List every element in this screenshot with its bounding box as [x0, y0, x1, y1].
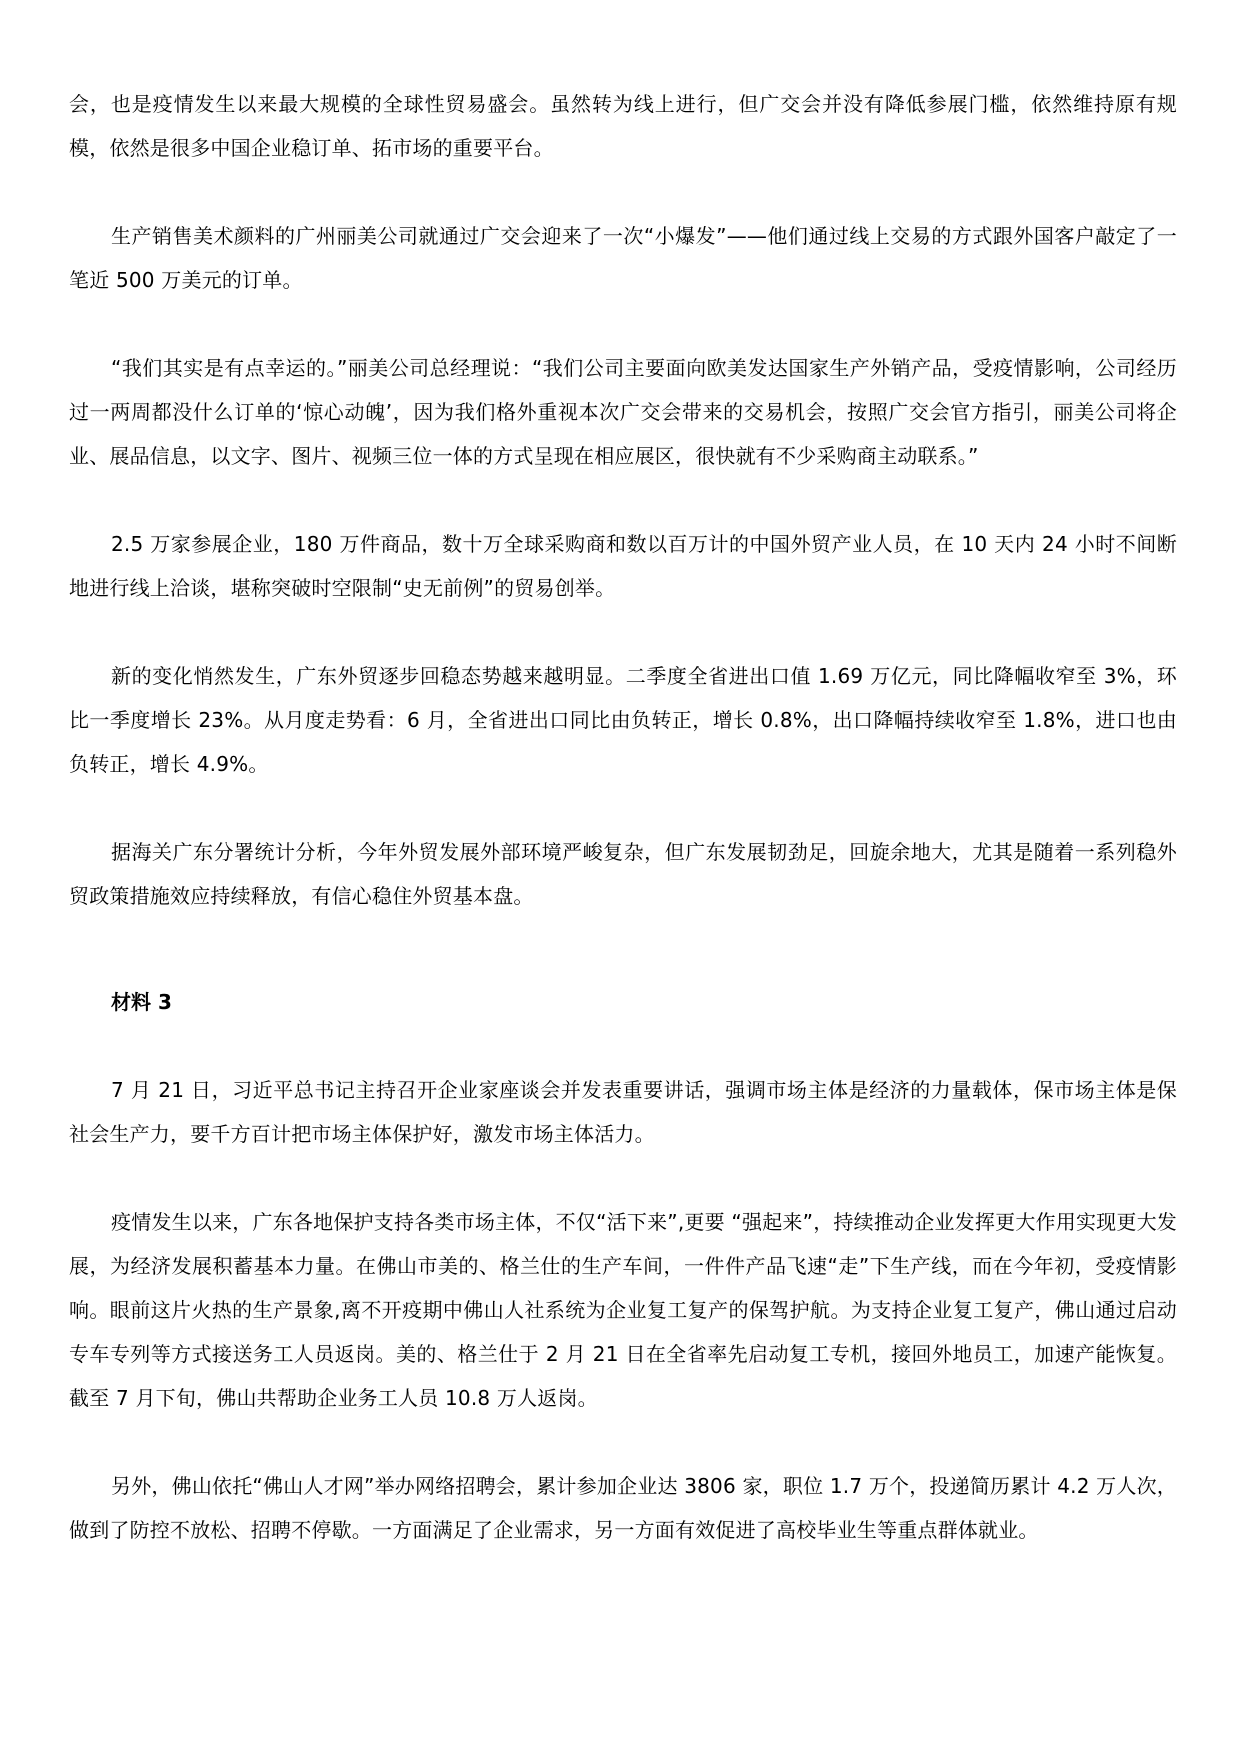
- paragraph-foshan-resumption: 疫情发生以来，广东各地保护支持各类市场主体，不仅“活下来”,更要 “强起来”，持…: [69, 1200, 1177, 1420]
- section-heading-material-3: 材料 3: [69, 962, 1177, 1024]
- paragraph-trade-recovery: 新的变化悄然发生，广东外贸逐步回稳态势越来越明显。二季度全省进出口值 1.69 …: [69, 654, 1177, 786]
- paragraph-symposium: 7 月 21 日，习近平总书记主持召开企业家座谈会并发表重要讲话，强调市场主体是…: [69, 1068, 1177, 1156]
- paragraph-foshan-recruitment: 另外，佛山依托“佛山人才网”举办网络招聘会，累计参加企业达 3806 家，职位 …: [69, 1464, 1177, 1552]
- document-page: 会，也是疫情发生以来最大规模的全球性贸易盛会。虽然转为线上进行，但广交会并没有降…: [69, 82, 1177, 1596]
- paragraph-limei-quote: “我们其实是有点幸运的。”丽美公司总经理说：“我们公司主要面向欧美发达国家生产外…: [69, 346, 1177, 478]
- paragraph-limei-order: 生产销售美术颜料的广州丽美公司就通过广交会迎来了一次“小爆发”——他们通过线上交…: [69, 214, 1177, 302]
- paragraph-customs-analysis: 据海关广东分署统计分析，今年外贸发展外部环境严峻复杂，但广东发展韧劲足，回旋余地…: [69, 830, 1177, 918]
- paragraph-canton-fair-continuation: 会，也是疫情发生以来最大规模的全球性贸易盛会。虽然转为线上进行，但广交会并没有降…: [69, 82, 1177, 170]
- paragraph-fair-statistics: 2.5 万家参展企业，180 万件商品，数十万全球采购商和数以百万计的中国外贸产…: [69, 522, 1177, 610]
